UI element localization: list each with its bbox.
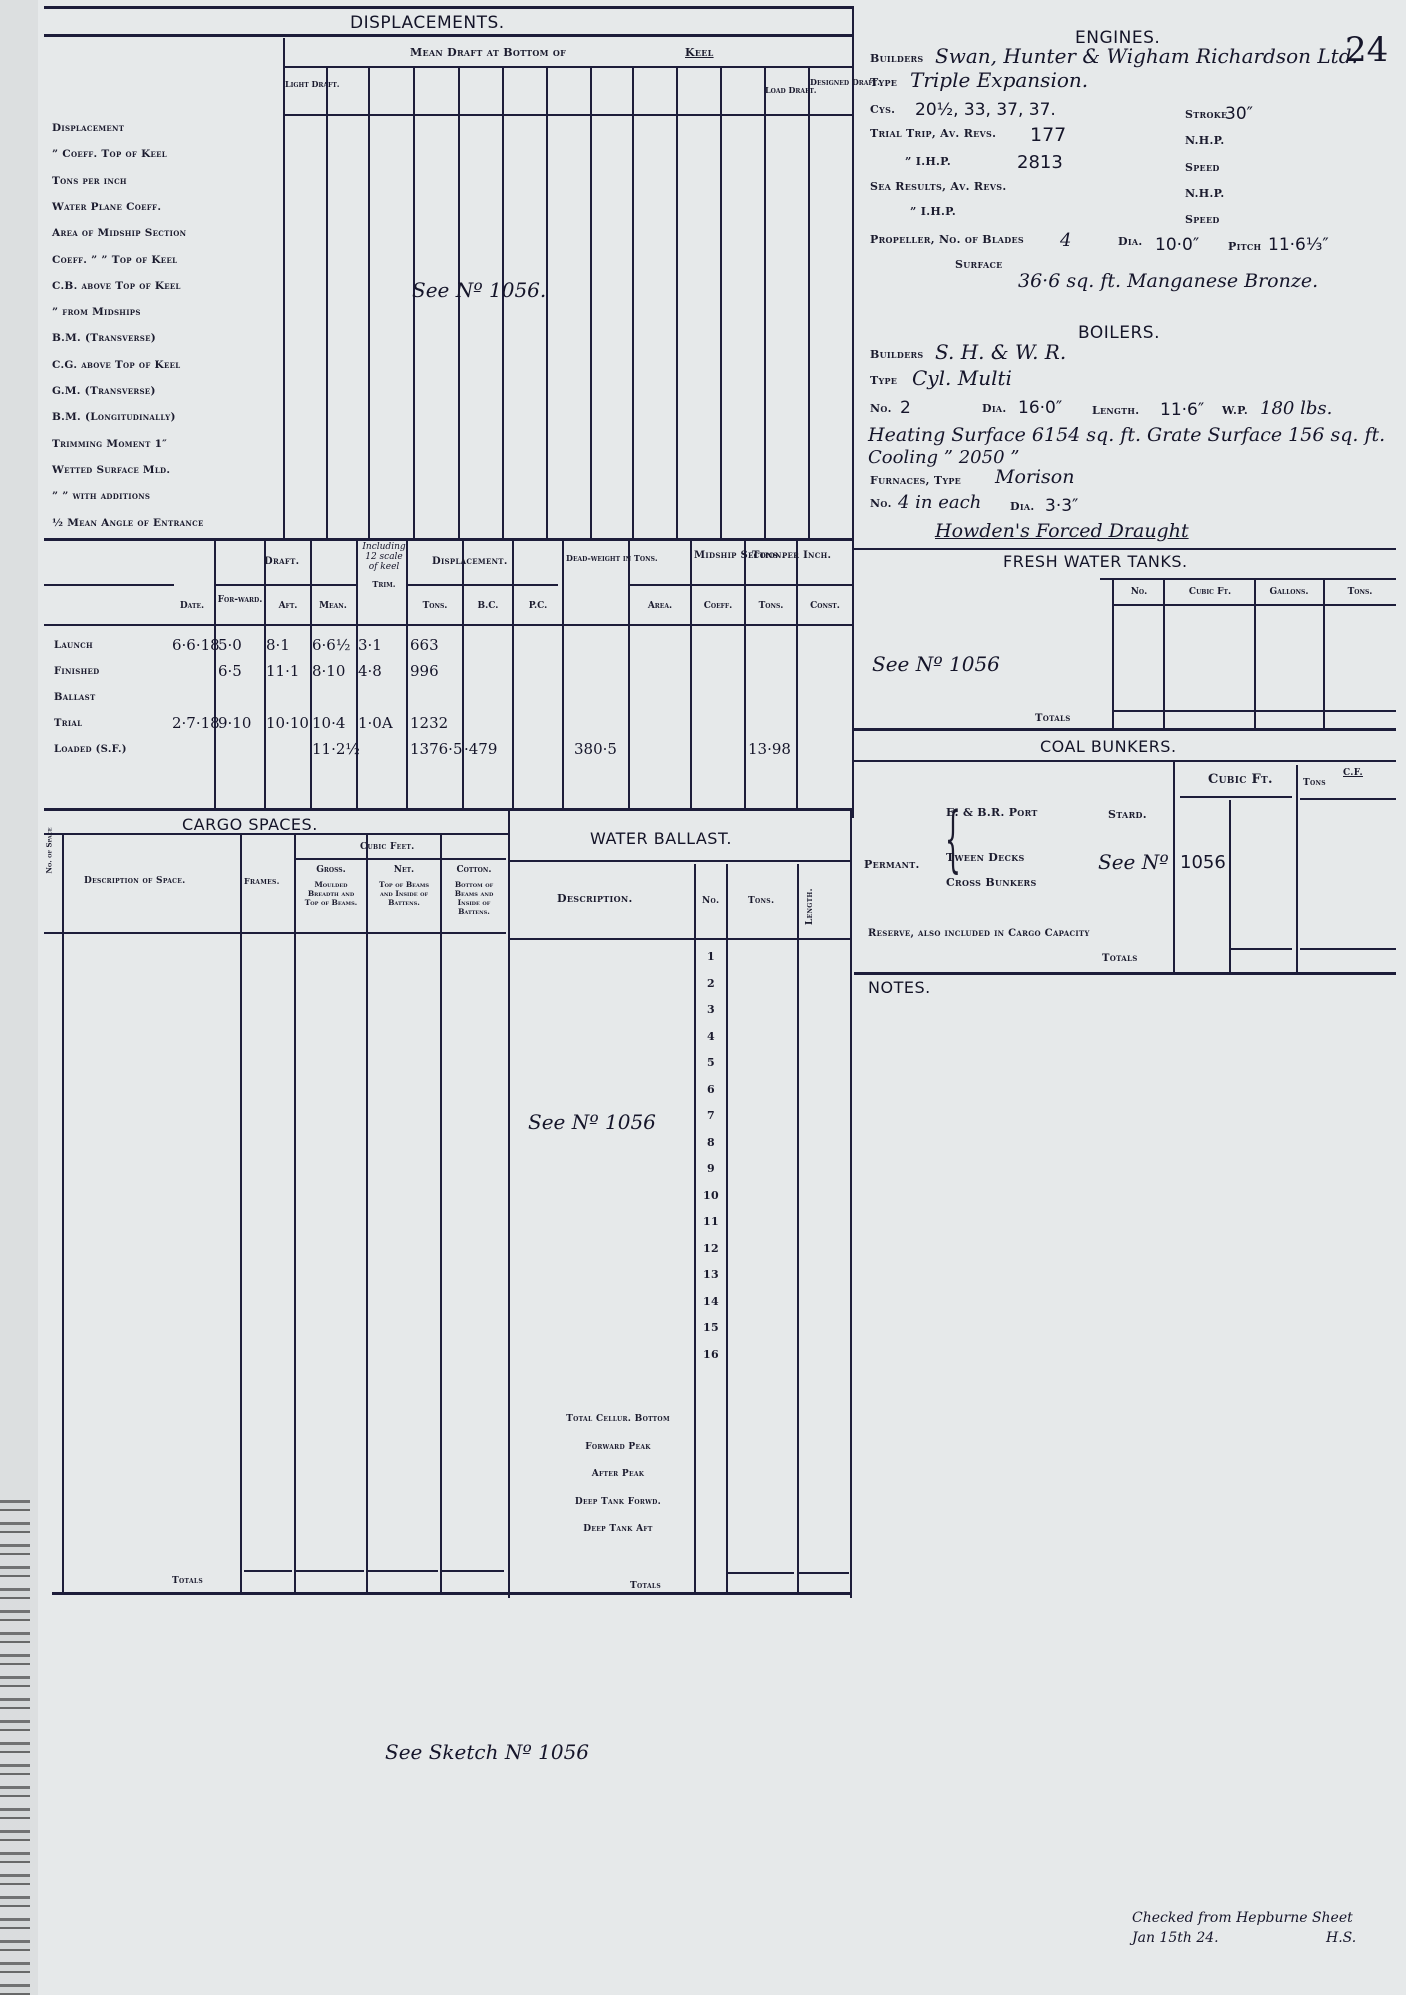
boilers-type-value: Cyl. Multi — [912, 366, 1012, 390]
cubic-feet-header: Cubic Feet. — [360, 842, 415, 852]
trial-speed-label: Speed — [1185, 161, 1220, 174]
fresh-water-col-header: No. — [1118, 588, 1160, 597]
rule — [797, 864, 799, 1594]
furnace-dia-value: 3·3″ — [1045, 496, 1078, 516]
coal-tons-header: Tons — [1303, 778, 1326, 788]
displacement-row-label: Tons per inch — [52, 175, 127, 187]
light-draft-header: Light Draft. — [285, 80, 325, 89]
rule — [413, 68, 415, 538]
surface-value: 36·6 sq. ft. Manganese Bronze. — [1018, 270, 1318, 292]
draft-col-header: Date. — [170, 602, 214, 611]
rule — [764, 68, 766, 538]
row-label: Finished — [54, 666, 100, 677]
propeller-label: Propeller, No. of Blades — [870, 233, 1024, 246]
rule — [850, 808, 852, 1598]
displacement-row-label: B.M. (Transverse) — [52, 332, 156, 344]
net-subheader: Top of Beams and Inside of Battens. — [372, 880, 436, 907]
wb-extra-row: Deep Tank Aft — [510, 1524, 726, 1534]
wb-number: 7 — [696, 1109, 726, 1122]
furnace-dia-label: Dia. — [1010, 500, 1035, 513]
boilers-dia-label: Dia. — [982, 402, 1007, 415]
water-ballast-note: See Nº 1056 — [528, 1110, 656, 1134]
boilers-length-label: Length. — [1092, 404, 1139, 417]
table-row: Loaded (S.F.)11·2½1376·5·479380·513·98 — [44, 740, 852, 764]
checked-initials: H.S. — [1326, 1930, 1356, 1946]
rule — [1163, 580, 1165, 728]
rule — [240, 835, 242, 1592]
wb-number: 8 — [696, 1136, 726, 1149]
rule — [854, 760, 1396, 762]
draft-col-header: P.C. — [514, 602, 562, 611]
rule — [44, 808, 854, 811]
wb-number: 9 — [696, 1162, 726, 1175]
wb-number: 12 — [696, 1242, 726, 1255]
cell-aft: 10·10 — [266, 714, 309, 732]
rule — [368, 68, 370, 538]
cell-aft: 11·1 — [266, 662, 299, 680]
rule — [1254, 580, 1256, 728]
fresh-water-col-header: Cubic Ft. — [1168, 588, 1252, 597]
wb-extra-row: Deep Tank Forwd. — [510, 1497, 726, 1507]
displacement-row-label: G.M. (Transverse) — [52, 385, 156, 397]
rule — [799, 1572, 849, 1574]
rule — [854, 548, 1396, 550]
cell-mean: 6·6½ — [312, 636, 350, 654]
stroke-value: 30″ — [1225, 104, 1253, 124]
cotton-header: Cotton. — [442, 866, 506, 875]
displacement-row-label: Water Plane Coeff. — [52, 201, 161, 213]
trial-ihp-label: ” I.H.P. — [905, 155, 951, 168]
row-label: Loaded (S.F.) — [54, 744, 127, 755]
rule — [44, 584, 174, 586]
wb-number: 1 — [696, 950, 726, 963]
rule — [1112, 580, 1114, 728]
engines-type-value: Triple Expansion. — [910, 68, 1088, 92]
displacement-row-label: ” from Midships — [52, 306, 141, 318]
rule — [632, 68, 634, 538]
engines-builders-label: Builders — [870, 52, 924, 65]
rule — [44, 932, 506, 934]
coal-item-2: Cross Bunkers — [946, 876, 1037, 889]
engines-type-label: Type — [870, 76, 897, 89]
fresh-water-tanks-title: FRESH WATER TANKS. — [1003, 552, 1188, 571]
boilers-title: BOILERS. — [1078, 323, 1160, 343]
fresh-water-col-header: Tons. — [1330, 588, 1390, 597]
cell-forward: 5·0 — [218, 636, 242, 654]
coal-cubic-ft-header: Cubic Ft. — [1208, 772, 1273, 787]
rule — [510, 938, 852, 940]
wb-extra-row: After Peak — [510, 1469, 726, 1479]
wb-number: 2 — [696, 977, 726, 990]
draft-col-header: Tons. — [408, 602, 462, 611]
no-of-space-header: No. of Space — [45, 848, 54, 874]
tpi-group-header: Tons per Inch. — [752, 550, 831, 561]
draft-col-header: B.C. — [464, 602, 512, 611]
checked-date: Jan 15th 24. — [1132, 1930, 1219, 1946]
designed-draft-header: Designed Draft. — [810, 78, 852, 87]
rule — [502, 68, 504, 538]
rule — [852, 6, 854, 818]
rule — [546, 68, 548, 538]
rule — [442, 1570, 504, 1572]
coal-item-1: Tween Decks — [946, 851, 1025, 864]
rule — [44, 34, 854, 37]
table-row: Finished6·511·18·104·8996 — [44, 662, 852, 686]
displacement-row-label: ½ Mean Angle of Entrance — [52, 517, 204, 529]
wb-number: 16 — [696, 1348, 726, 1361]
draft-col-header: For-ward. — [216, 596, 264, 605]
displacement-row-label: Wetted Surface Mld. — [52, 464, 170, 476]
wb-number: 10 — [696, 1189, 726, 1202]
fresh-water-note: See Nº 1056 — [872, 652, 1000, 676]
rule — [366, 835, 368, 1592]
reserve-label: Reserve, also included in Cargo Capacity — [868, 928, 1090, 939]
cell-mean: 10·4 — [312, 714, 345, 732]
rule — [294, 835, 296, 1592]
rule — [52, 1592, 852, 1595]
rule — [508, 808, 510, 1598]
furnace-no-label: No. — [870, 497, 892, 510]
displacement-row-label: Displacement — [52, 122, 124, 134]
description-of-space-header: Description of Space. — [84, 876, 186, 886]
cell-tons: 1376·5 — [410, 740, 463, 758]
fresh-water-col-header: Gallons. — [1258, 588, 1320, 597]
rule — [216, 584, 356, 586]
rule — [694, 864, 696, 1594]
rule — [1300, 798, 1396, 800]
wb-extra-row: Forward Peak — [510, 1442, 726, 1452]
sea-revs-label: Sea Results, Av. Revs. — [870, 180, 1007, 193]
boilers-builders-label: Builders — [870, 348, 924, 361]
row-label: Trial — [54, 718, 82, 729]
displacement-row-label: Trimming Moment 1″ — [52, 438, 167, 450]
cylinders-value: 20½, 33, 37, 37. — [915, 100, 1056, 120]
wb-number: 14 — [696, 1295, 726, 1308]
cargo-totals-label: Totals — [172, 1576, 203, 1586]
stroke-label: Stroke — [1185, 108, 1227, 121]
wb-number: 13 — [696, 1268, 726, 1281]
coal-bunkers-title: COAL BUNKERS. — [1040, 737, 1177, 756]
rule — [368, 1570, 438, 1572]
cell-mean: 11·2½ — [312, 740, 360, 758]
rule — [676, 68, 678, 538]
document-page — [38, 0, 1406, 1995]
boilers-builders-value: S. H. & W. R. — [935, 340, 1066, 364]
coal-note-value: 1056 — [1180, 852, 1226, 873]
frames-header: Frames. — [244, 876, 280, 886]
cell-trim: 4·8 — [358, 662, 382, 680]
displacements-note: See Nº 1056. — [412, 278, 546, 302]
trial-revs-value: 177 — [1030, 124, 1066, 146]
draft-col-header: Const. — [798, 602, 852, 611]
fresh-water-totals-label: Totals — [1035, 713, 1071, 724]
rule — [62, 835, 64, 1592]
coal-cf-divisor: C.F. — [1343, 768, 1363, 778]
sketch-note: See Sketch Nº 1056 — [385, 1740, 589, 1764]
cell-forward: 6·5 — [218, 662, 242, 680]
trial-revs-label: Trial Trip, Av. Revs. — [870, 127, 996, 140]
cell-tons: 1232 — [410, 714, 448, 732]
net-header: Net. — [368, 866, 440, 875]
boilers-type-label: Type — [870, 374, 897, 387]
cell-date: 6·6·18 — [172, 636, 220, 654]
row-label: Launch — [54, 640, 93, 651]
rule — [1112, 604, 1396, 606]
rule — [1229, 800, 1231, 972]
wb-no-header: No. — [702, 896, 720, 906]
blades-value: 4 — [1060, 230, 1071, 251]
propeller-dia-value: 10·0″ — [1155, 235, 1199, 255]
rule — [458, 68, 460, 538]
pitch-value: 11·6⅓″ — [1268, 235, 1329, 255]
rule — [44, 6, 854, 9]
rule — [283, 38, 285, 538]
displacements-title: DISPLACEMENTS. — [350, 13, 505, 33]
displacement-row-label: ” Coeff. Top of Keel — [52, 148, 167, 160]
wb-number: 15 — [696, 1321, 726, 1334]
rule — [1296, 765, 1298, 972]
binding-edge — [0, 1500, 30, 1995]
cell-date: 2·7·18 — [172, 714, 220, 732]
rule — [326, 68, 328, 538]
rule — [1180, 796, 1292, 798]
wb-tons-header: Tons. — [748, 896, 774, 906]
boilers-wp-value: 180 lbs. — [1260, 398, 1332, 419]
furnaces-label: Furnaces, Type — [870, 474, 961, 487]
sea-speed-label: Speed — [1185, 213, 1220, 226]
displacement-row-label: B.M. (Longitudinally) — [52, 411, 176, 423]
rule — [1230, 948, 1292, 950]
heating-surface: Heating Surface 6154 sq. ft. Grate Surfa… — [868, 424, 1385, 446]
cooling-surface: Cooling ” 2050 ” — [868, 447, 1019, 468]
displacement-row-label: C.G. above Top of Keel — [52, 359, 180, 371]
rule — [726, 864, 728, 1594]
gross-header: Gross. — [296, 866, 366, 875]
cargo-spaces-title: CARGO SPACES. — [182, 815, 318, 834]
trial-ihp-value: 2813 — [1017, 152, 1063, 173]
displacement-row-label: Area of Midship Section — [52, 227, 186, 239]
wb-number: 6 — [696, 1083, 726, 1096]
wb-number: 3 — [696, 1003, 726, 1016]
stard-label: Stard. — [1108, 808, 1147, 821]
keel-label: Keel — [685, 46, 714, 59]
surface-label: Surface — [955, 258, 1003, 271]
table-row: Trial2·7·189·1010·1010·41·0A1232 — [44, 714, 852, 738]
pitch-label: Pitch — [1228, 240, 1261, 253]
boilers-wp-label: W.P. — [1222, 404, 1248, 417]
rule — [1300, 948, 1396, 950]
rule — [1323, 580, 1325, 728]
cell-forward: 9·10 — [218, 714, 251, 732]
rule — [296, 858, 506, 860]
boilers-length-value: 11·6″ — [1160, 400, 1204, 420]
deadweight-header: Dead-weight in Tons. — [566, 554, 626, 563]
rule — [44, 624, 852, 626]
boilers-dia-value: 16·0″ — [1018, 398, 1062, 418]
cell-mean: 8·10 — [312, 662, 345, 680]
water-ballast-title: WATER BALLAST. — [590, 829, 732, 848]
displacement-row-label: Coeff. ” ” Top of Keel — [52, 254, 177, 266]
rule — [854, 972, 1396, 975]
wb-extra-row: Total Cellur. Bottom — [510, 1414, 726, 1424]
row-label: Ballast — [54, 692, 96, 703]
cell-bc: ·479 — [464, 740, 497, 758]
sea-nhp-label: N.H.P. — [1185, 187, 1224, 200]
rule — [630, 584, 852, 586]
cell-deadweight: 380·5 — [574, 740, 617, 758]
rule — [720, 68, 722, 538]
wb-totals-label: Totals — [630, 1581, 661, 1591]
cell-tpi_tons: 13·98 — [748, 740, 791, 758]
cylinders-label: Cys. — [870, 103, 895, 116]
mean-draft-header: Mean Draft at Bottom of — [410, 46, 566, 59]
trial-nhp-label: N.H.P. — [1185, 134, 1224, 147]
wb-number: 4 — [696, 1030, 726, 1043]
cell-trim: 1·0A — [358, 714, 393, 732]
furnaces-type-value: Morison — [995, 466, 1074, 488]
coal-note: See Nº — [1098, 850, 1169, 874]
draft-group-header: Draft. — [264, 556, 299, 567]
permanent-label: Permant. — [864, 858, 920, 871]
wb-length-header: Length. — [805, 888, 815, 925]
cotton-subheader: Bottom of Beams and Inside of Battens. — [446, 880, 502, 916]
draft-col-header: Aft. — [266, 602, 310, 611]
cell-trim: 3·1 — [358, 636, 382, 654]
rule — [296, 1570, 364, 1572]
rule — [808, 68, 810, 538]
coal-totals-label: Totals — [1102, 953, 1138, 964]
draft-col-header: Mean. — [310, 602, 356, 611]
notes-title: NOTES. — [868, 978, 931, 997]
sea-ihp-label: ” I.H.P. — [910, 205, 956, 218]
boilers-no-value: 2 — [900, 398, 911, 418]
load-draft-header: Load Draft. — [765, 86, 805, 95]
propeller-dia-label: Dia. — [1118, 235, 1143, 248]
trim-annotation: Including 12 scale of keel — [362, 542, 406, 572]
draught-value: Howden's Forced Draught — [935, 520, 1189, 542]
trim-header: Trim. — [362, 580, 406, 589]
rule — [510, 860, 852, 862]
draft-col-header: Tons. — [746, 602, 796, 611]
rule — [1100, 578, 1396, 580]
furnace-no-value: 4 in each — [898, 492, 981, 513]
gross-subheader: Moulded Breadth and Top of Beams. — [300, 880, 362, 907]
wb-number: 5 — [696, 1056, 726, 1069]
displacement-row-label: C.B. above Top of Keel — [52, 280, 181, 292]
rule — [728, 1572, 794, 1574]
table-row: Launch6·6·185·08·16·6½3·1663 — [44, 636, 852, 660]
draft-col-header: Area. — [630, 602, 690, 611]
wb-description-header: Description. — [557, 892, 633, 905]
rule — [1112, 710, 1396, 712]
wb-number: 11 — [696, 1215, 726, 1228]
rule — [854, 728, 1396, 731]
displacement-group-header: Displacement. — [432, 556, 508, 567]
cell-aft: 8·1 — [266, 636, 290, 654]
rule — [590, 68, 592, 538]
displacement-row-label: ” ” with additions — [52, 490, 150, 502]
rule — [1173, 762, 1175, 972]
cell-tons: 996 — [410, 662, 439, 680]
rule — [440, 835, 442, 1592]
rule — [244, 1570, 292, 1572]
boilers-no-label: No. — [870, 402, 892, 415]
checked-note: Checked from Hepburne Sheet — [1132, 1910, 1353, 1926]
engines-builders-value: Swan, Hunter & Wigham Richardson Ltd. — [935, 44, 1358, 68]
draft-col-header: Coeff. — [692, 602, 744, 611]
rule — [408, 584, 558, 586]
draft-displacement-table: Draft.Displacement.Midship Section.Tons … — [44, 540, 852, 808]
coal-item-0: E. & B.R. Port — [946, 806, 1038, 819]
cell-tons: 663 — [410, 636, 439, 654]
table-row: Ballast — [44, 688, 852, 712]
